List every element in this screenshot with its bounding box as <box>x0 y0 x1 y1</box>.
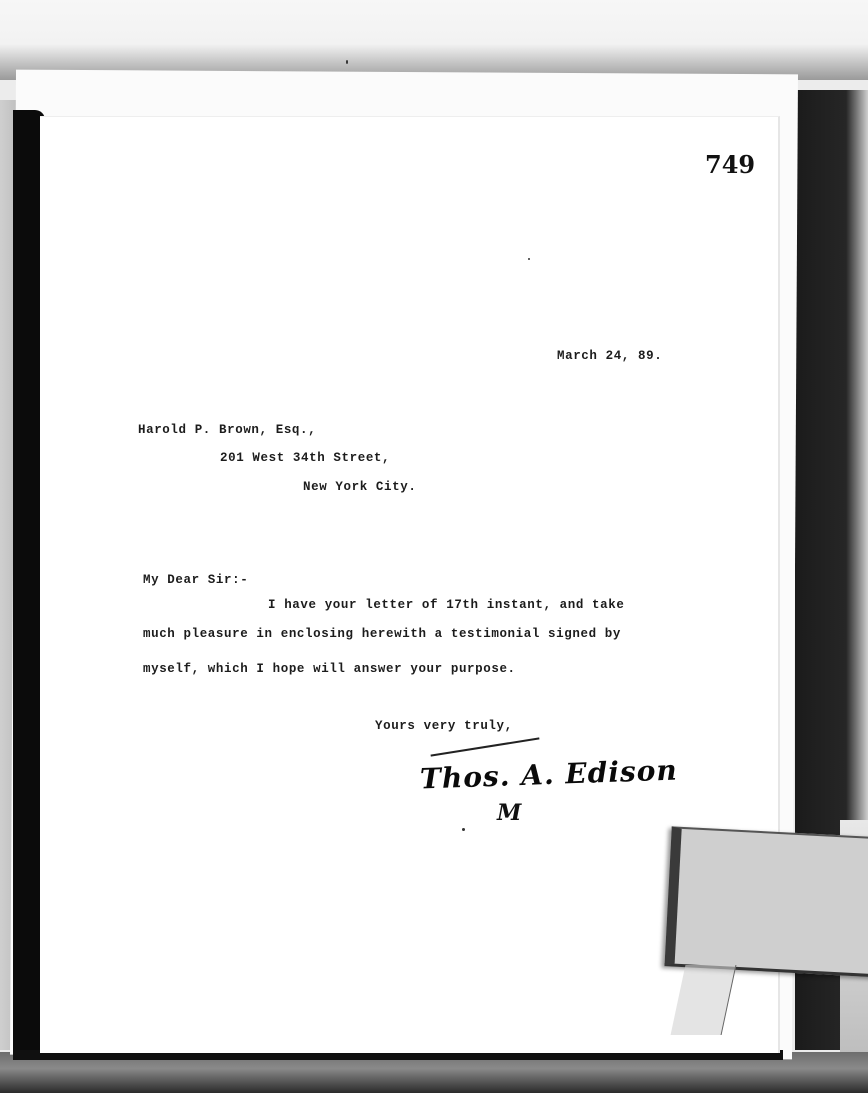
secretary-initial: M <box>497 800 521 826</box>
recipient-street: 201 West 34th Street, <box>220 451 390 465</box>
page-number: 749 <box>705 150 755 179</box>
recipient-city: New York City. <box>303 480 416 494</box>
body-line: myself, which I hope will answer your pu… <box>143 662 516 676</box>
paper-clip-tab <box>664 826 868 977</box>
speck <box>528 258 530 260</box>
speck <box>346 60 348 64</box>
closing: Yours very truly, <box>375 719 513 733</box>
body-line: I have your letter of 17th instant, and … <box>268 598 624 612</box>
scan-background-top <box>0 0 868 80</box>
salutation: My Dear Sir:- <box>143 573 248 587</box>
recipient-name: Harold P. Brown, Esq., <box>138 423 316 437</box>
body-line: much pleasure in enclosing herewith a te… <box>143 627 621 641</box>
letter-date: March 24, 89. <box>557 349 662 363</box>
speck <box>462 828 465 831</box>
